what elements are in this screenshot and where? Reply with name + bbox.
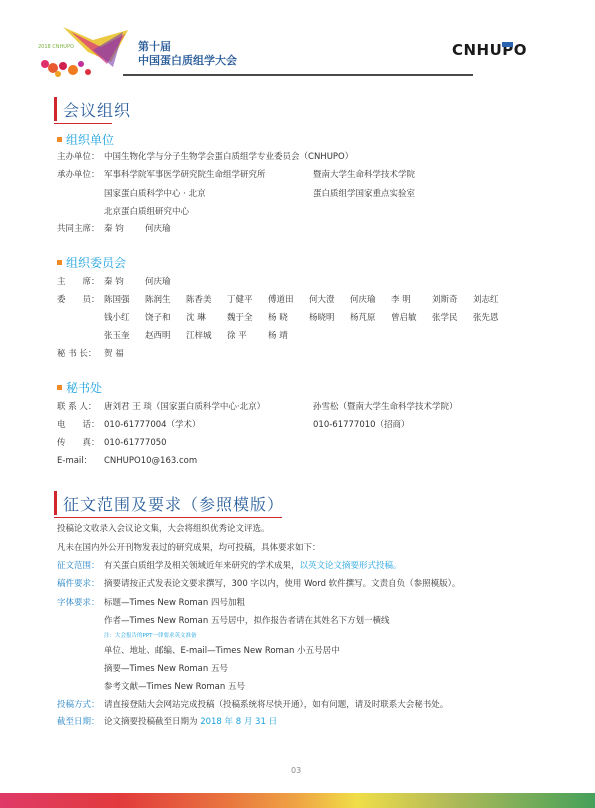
member-name: 刘志红	[473, 295, 514, 306]
host-value: 中国生物化学与分子生物学会蛋白质组学专业委员会（CNHUPO）	[104, 152, 353, 162]
member-name: 李 明	[391, 295, 432, 306]
deadline-text: 论文摘要投稿截至日期为	[104, 717, 200, 727]
font-spec: 作者—Times New Roman 五号居中，拟作报告者请在其姓名下方划一横线	[104, 616, 389, 626]
deadline-date: 2018 年 8 月 31 日	[200, 717, 277, 727]
member-name: 杨晓明	[309, 313, 350, 324]
co-chairs-row: 共同主席：秦 钧何庆瑜	[57, 224, 186, 235]
member-name: 杨芃原	[350, 313, 391, 324]
chair-name: 秦 钧	[104, 277, 145, 288]
header-divider	[123, 74, 473, 76]
scope-highlight: 以英文论文摘要形式投稿。	[300, 561, 402, 571]
submit-text: 请直接登陆大会网站完成投稿（投稿系统将尽快开通），如有问题，请及时联系大会秘书处…	[104, 700, 448, 710]
font-spec: 参考文献—Times New Roman 五号	[104, 682, 245, 692]
font-row-5: 参考文献—Times New Roman 五号	[57, 682, 245, 693]
member-name: 丁健平	[227, 295, 268, 306]
member-name: 何庆瑜	[350, 295, 391, 306]
bullet-square-icon	[57, 260, 62, 265]
cnhupo-logo: CNHUPO	[452, 41, 527, 59]
member-name: 赵西明	[145, 331, 186, 342]
chair-name: 何庆瑜	[145, 224, 186, 235]
scope-text: 有关蛋白质组学及相关领域近年来研究的学术成果，	[104, 561, 300, 571]
font-row-3: 单位、地址、邮编、E-mail—Times New Roman 小五号居中	[57, 646, 340, 657]
co-organizer-row-3: 北京蛋白质组研究中心	[57, 207, 189, 218]
page-header: 2018 CNHUPO 第十届 中国蛋白质组学大会 CNHUPO	[0, 0, 595, 90]
intro-line-1: 投稿论文收录入会议论文集，大会将组织优秀论文评选。	[57, 524, 270, 535]
contact-value: 唐刘君 王 琰（国家蛋白质科学中心·北京）	[104, 402, 265, 412]
email-link[interactable]: CNHUPO10@163.com	[104, 456, 197, 466]
member-name: 曾启敏	[391, 313, 432, 324]
secretary-general-row: 秘 书 长：贺 福	[57, 349, 124, 360]
title-underline	[54, 517, 282, 519]
co-chairs-label: 共同主席：	[57, 224, 104, 235]
secretary-name: 贺 福	[104, 349, 124, 359]
email-row: E-mail：CNHUPO10@163.com	[57, 456, 197, 467]
secretary-label: 秘 书 长：	[57, 349, 104, 360]
font-spec: 摘要—Times New Roman 五号	[104, 664, 228, 674]
member-name: 沈 琳	[186, 313, 227, 324]
subtitle-text: 秘书处	[66, 379, 102, 396]
phone-value: 010-61777004（学术）	[104, 420, 201, 430]
intro-line-2: 凡未在国内外公开刊物发表过的研究成果，均可投稿，具体要求如下：	[57, 543, 321, 554]
conference-title: 第十届 中国蛋白质组学大会	[138, 40, 237, 68]
deadline-label: 截至日期：	[57, 717, 104, 728]
font-row-1: 字体要求：标题—Times New Roman 四号加粗	[57, 598, 245, 609]
subtitle-secretariat: 秘书处	[57, 379, 102, 396]
members-row-1: 委 员：陈国强陈润生陈香美丁健平傅道田何大澄何庆瑜李 明刘斯奇刘志红	[57, 295, 514, 306]
co-organizer-row-2: 国家蛋白质科学中心 · 北京 蛋白质组学国家重点实验室	[57, 189, 206, 200]
fax-value: 010-61777050	[104, 438, 167, 448]
co-organizer: 蛋白质组学国家重点实验室	[313, 189, 415, 200]
scope-row: 征文范围：有关蛋白质组学及相关领域近年来研究的学术成果，以英文论文摘要形式投稿。	[57, 561, 402, 572]
footer-gradient-bar	[0, 793, 595, 808]
svg-text:2018 CNHUPO: 2018 CNHUPO	[38, 44, 74, 50]
conference-name: 中国蛋白质组学大会	[138, 54, 237, 68]
font-label: 字体要求：	[57, 598, 104, 609]
member-name: 陈国强	[104, 295, 145, 306]
member-name: 陈润生	[145, 295, 186, 306]
host-row: 主办单位：中国生物化学与分子生物学会蛋白质组学专业委员会（CNHUPO）	[57, 152, 353, 163]
subtitle-committee: 组织委员会	[57, 254, 126, 271]
manuscript-label: 稿件要求：	[57, 579, 104, 590]
co-organizer-label: 承办单位：	[57, 170, 104, 181]
title-accent-bar	[54, 97, 57, 121]
title-accent-bar	[54, 491, 57, 515]
member-name: 魏于全	[227, 313, 268, 324]
committee-chair-row: 主 席：秦 钧何庆瑜	[57, 277, 186, 288]
bullet-square-icon	[57, 137, 62, 142]
members-row-2: 钱小红饶子和沈 琳魏于全杨 晓杨晓明杨芃原曾启敏张学民张先恩	[57, 313, 514, 324]
member-name: 张学民	[432, 313, 473, 324]
co-organizer: 北京蛋白质组研究中心	[104, 207, 189, 217]
scope-label: 征文范围：	[57, 561, 104, 572]
chair-label: 主 席：	[57, 277, 104, 288]
manuscript-row: 稿件要求：摘要请按正式发表论文要求撰写，300 字以内，使用 Word 软件撰写…	[57, 579, 460, 590]
member-name: 徐 平	[227, 331, 268, 342]
font-note: 注：大会报告的PPT一律要求英文准备	[104, 631, 197, 639]
subtitle-text: 组织委员会	[66, 254, 126, 271]
fax-label: 传 真：	[57, 438, 104, 449]
font-row-2: 作者—Times New Roman 五号居中，拟作报告者请在其姓名下方划一横线	[57, 616, 389, 627]
member-name: 杨 靖	[268, 331, 309, 342]
manuscript-text: 摘要请按正式发表论文要求撰写，300 字以内，使用 Word 软件撰写。文责自负…	[104, 579, 460, 589]
member-name: 张先恩	[473, 313, 514, 324]
members-label: 委 员：	[57, 295, 104, 306]
members-row-3: 张玉奎赵西明江梓城徐 平杨 靖	[57, 331, 309, 342]
host-label: 主办单位：	[57, 152, 104, 163]
conference-logo-icon: 2018 CNHUPO	[33, 22, 133, 84]
member-name: 张玉奎	[104, 331, 145, 342]
submission-method-row: 投稿方式：请直接登陆大会网站完成投稿（投稿系统将尽快开通），如有问题，请及时联系…	[57, 700, 448, 711]
section-title-text: 征文范围及要求（参照模版）	[63, 492, 284, 515]
co-organizer-row-1: 承办单位：军事科学院军事医学研究院生命组学研究所 暨南大学生命科学技术学院	[57, 170, 266, 181]
bullet-square-icon	[57, 385, 62, 390]
member-name: 傅道田	[268, 295, 309, 306]
phone-value: 010-61777010（招商）	[313, 420, 410, 431]
font-spec: 标题—Times New Roman 四号加粗	[104, 598, 245, 608]
section-title-organization: 会议组织	[54, 96, 131, 122]
co-organizer: 军事科学院军事医学研究院生命组学研究所	[104, 170, 266, 180]
contact-row: 联 系 人：唐刘君 王 琰（国家蛋白质科学中心·北京） 孙雪松（暨南大学生命科学…	[57, 402, 265, 413]
member-name: 何大澄	[309, 295, 350, 306]
font-row-4: 摘要—Times New Roman 五号	[57, 664, 228, 675]
contact-value: 孙雪松（暨南大学生命科学技术学院）	[313, 402, 458, 413]
contact-label: 联 系 人：	[57, 402, 104, 413]
chair-name: 何庆瑜	[145, 277, 186, 288]
member-name: 饶子和	[145, 313, 186, 324]
member-name: 钱小红	[104, 313, 145, 324]
member-name: 刘斯奇	[432, 295, 473, 306]
font-spec: 单位、地址、邮编、E-mail—Times New Roman 小五号居中	[104, 646, 340, 656]
phone-row: 电 话：010-61777004（学术） 010-61777010（招商）	[57, 420, 201, 431]
section-title-text: 会议组织	[63, 98, 131, 121]
member-name: 杨 晓	[268, 313, 309, 324]
submit-label: 投稿方式：	[57, 700, 104, 711]
co-organizer: 暨南大学生命科学技术学院	[313, 170, 415, 181]
member-name: 陈香美	[186, 295, 227, 306]
section-title-submission: 征文范围及要求（参照模版）	[54, 490, 284, 516]
co-organizer: 国家蛋白质科学中心 · 北京	[104, 189, 206, 199]
subtitle-text: 组织单位	[66, 131, 114, 148]
phone-label: 电 话：	[57, 420, 104, 431]
subtitle-organizers: 组织单位	[57, 131, 114, 148]
intro-text: 投稿论文收录入会议论文集，大会将组织优秀论文评选。	[57, 524, 270, 534]
chair-name: 秦 钧	[104, 224, 145, 235]
title-underline	[54, 123, 112, 125]
member-name: 江梓城	[186, 331, 227, 342]
fax-row: 传 真：010-61777050	[57, 438, 167, 449]
email-label: E-mail：	[57, 456, 104, 467]
intro-text: 凡未在国内外公开刊物发表过的研究成果，均可投稿，具体要求如下：	[57, 543, 321, 553]
deadline-row: 截至日期：论文摘要投稿截至日期为 2018 年 8 月 31 日	[57, 717, 277, 728]
conference-edition: 第十届	[138, 40, 237, 54]
page-number: 03	[291, 766, 301, 775]
